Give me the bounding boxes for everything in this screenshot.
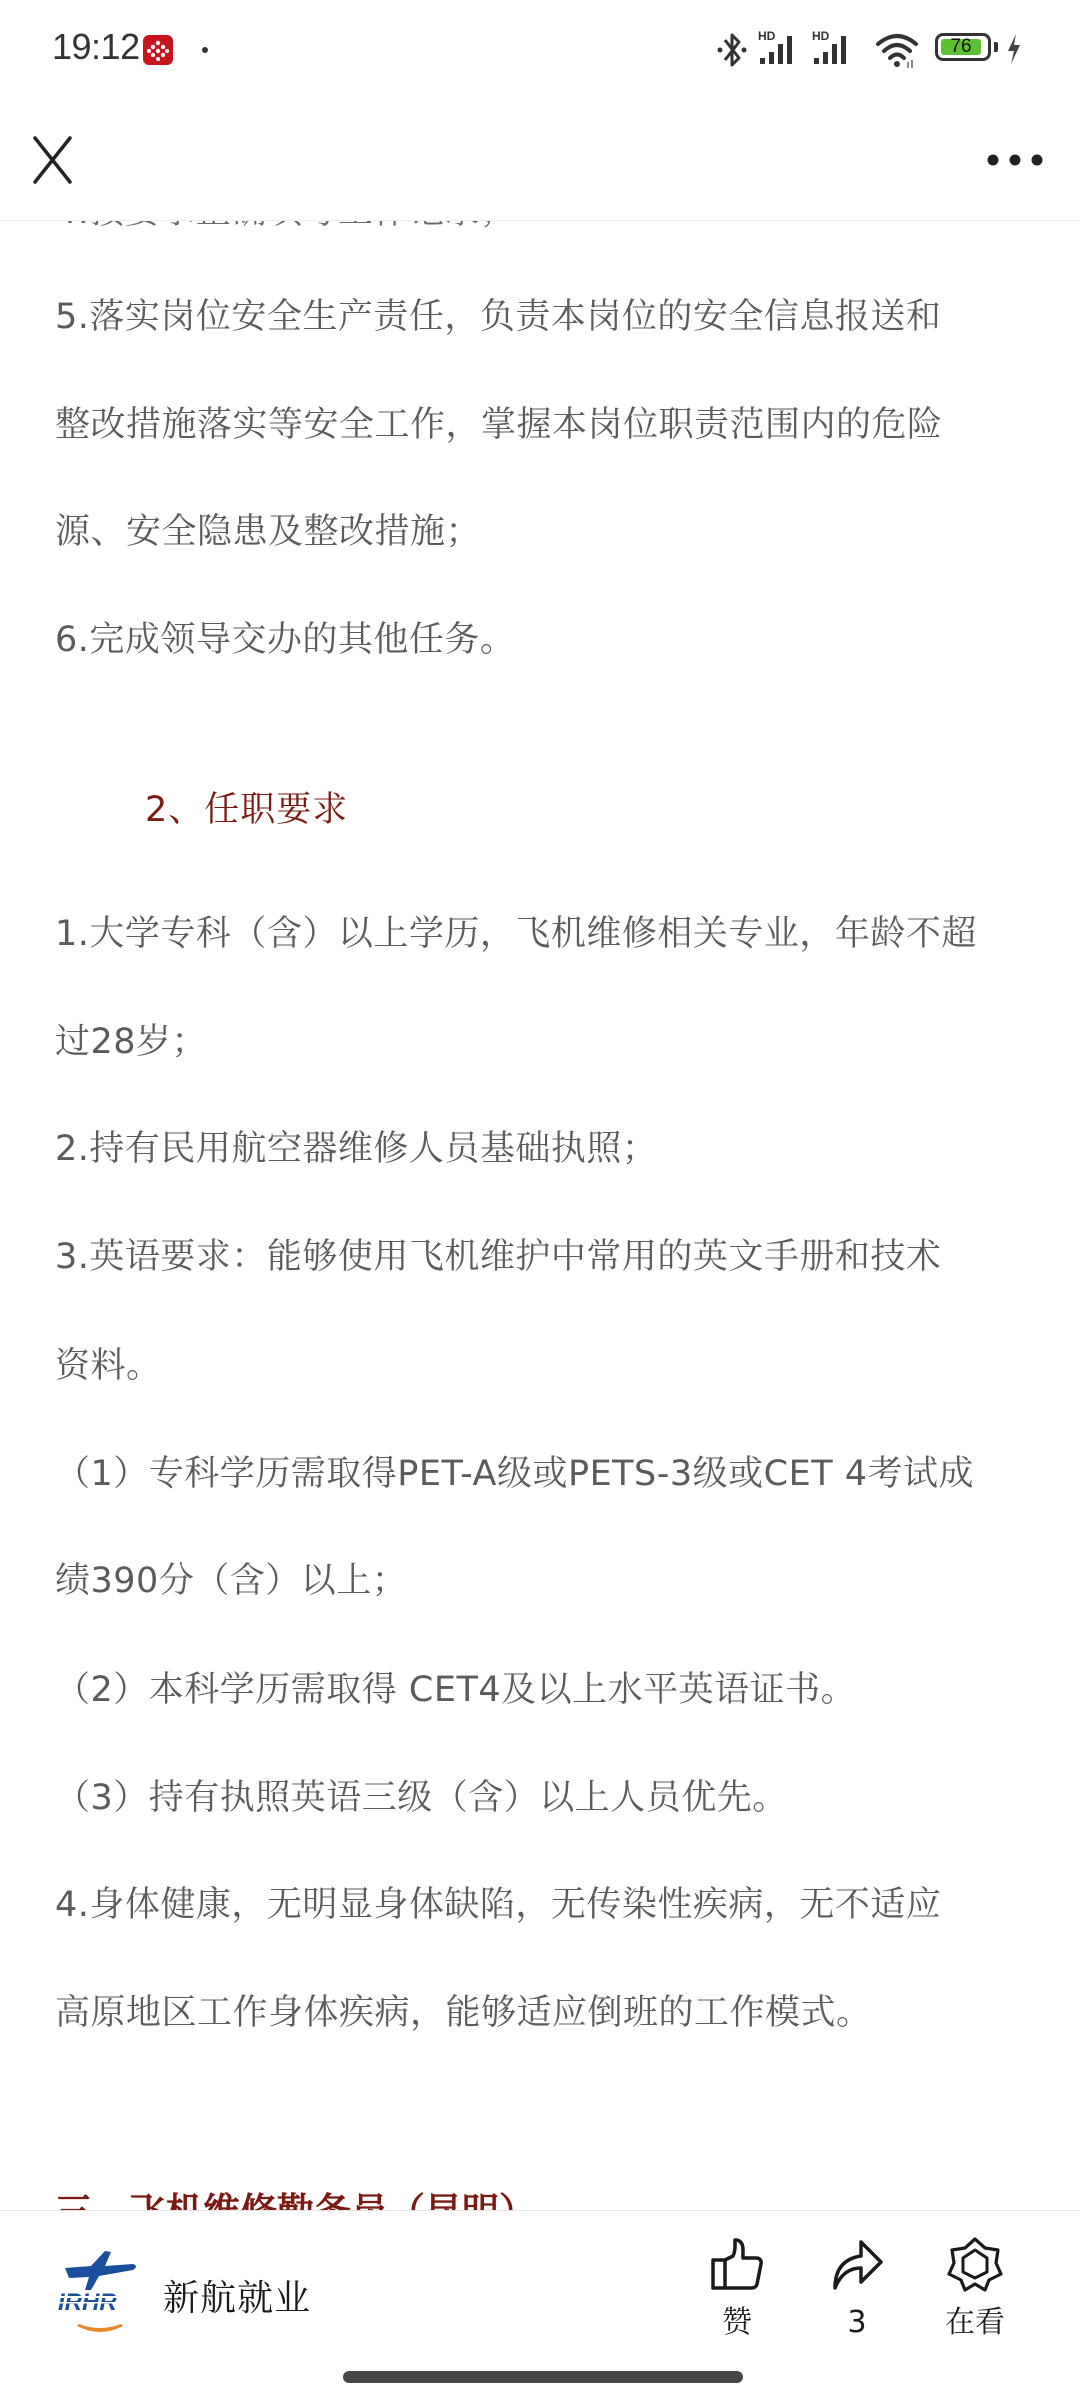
- section-heading-requirements: 2、任职要求: [145, 788, 348, 832]
- status-time: 19:12: [52, 26, 140, 68]
- like-label: 赞: [682, 2306, 792, 2340]
- app-notification-icon: [143, 35, 173, 65]
- requirement-2: 2.持有民用航空器维修人员基础执照；: [55, 1127, 657, 1171]
- requirement-3-line-1: 3.英语要求：能够使用飞机维护中常用的英文手册和技术: [55, 1235, 941, 1279]
- signal-hd-icon: HD: [758, 28, 810, 68]
- requirement-1-line-2: 过28岁；: [55, 1020, 207, 1064]
- like-button[interactable]: 赞: [682, 2236, 792, 2356]
- duty-item-5-line-2: 整改措施落实等安全工作，掌握本岗位职责范围内的危险: [55, 403, 943, 447]
- requirement-4-line-1: 4.身体健康，无明显身体缺陷，无传染性疾病，无不适应: [55, 1883, 941, 1927]
- battery-nub: [994, 42, 998, 52]
- requirement-3-sub-2: （2）本科学历需取得 CET4及以上水平英语证书。: [55, 1668, 856, 1712]
- svg-text:HD: HD: [812, 29, 830, 43]
- wow-label: 在看: [920, 2306, 1030, 2340]
- notification-dot: [202, 47, 208, 53]
- more-button[interactable]: [980, 140, 1050, 180]
- wow-button[interactable]: 在看: [920, 2236, 1030, 2356]
- wow-star-icon: [947, 2236, 1003, 2292]
- thumbs-up-icon: [709, 2236, 765, 2292]
- requirement-3-sub-1-line-1: （1）专科学历需取得PET-A级或PETS-3级或CET 4考试成: [55, 1452, 974, 1496]
- duty-item-5-line-3: 源、安全隐患及整改措施；: [55, 510, 481, 554]
- duty-item-6: 6.完成领导交办的其他任务。: [55, 618, 515, 662]
- share-icon: [829, 2236, 885, 2292]
- close-icon: [30, 130, 80, 190]
- signal-hd-icon: HD: [812, 28, 864, 68]
- account-name: 新航就业: [163, 2270, 311, 2321]
- share-button[interactable]: 3: [802, 2236, 912, 2356]
- requirement-3-line-2: 资料。: [55, 1344, 162, 1388]
- top-nav-bar: [0, 100, 1080, 221]
- home-indicator[interactable]: [343, 2371, 743, 2383]
- close-button[interactable]: [30, 130, 80, 190]
- status-icons: HD HD 76: [700, 0, 1080, 100]
- requirement-3-sub-1-line-2: 绩390分（含）以上；: [55, 1559, 407, 1603]
- requirement-3-sub-3: （3）持有执照英语三级（含）以上人员优先。: [55, 1776, 788, 1820]
- battery-level: 76: [938, 36, 984, 58]
- wifi-icon: [875, 30, 921, 70]
- charging-icon: [1005, 33, 1023, 65]
- battery-icon: 76: [935, 33, 991, 61]
- requirement-1-line-1: 1.大学专科（含）以上学历，飞机维修相关专业，年龄不超: [55, 912, 977, 956]
- status-bar: 19:12 HD HD: [0, 0, 1080, 100]
- more-icon: [980, 140, 1050, 180]
- account-logo: IRHR: [55, 2246, 145, 2336]
- svg-text:HD: HD: [758, 29, 776, 43]
- bluetooth-icon: [715, 30, 749, 70]
- duty-item-5-line-1: 5.落实岗位安全生产责任，负责本岗位的安全信息报送和: [55, 295, 941, 339]
- article-content: 4.按要求正确填写工作记录； 5.落实岗位安全生产责任，负责本岗位的安全信息报送…: [0, 0, 1080, 2400]
- requirement-4-line-2: 高原地区工作身体疾病，能够适应倒班的工作模式。: [55, 1991, 872, 2035]
- share-count: 3: [802, 2306, 912, 2340]
